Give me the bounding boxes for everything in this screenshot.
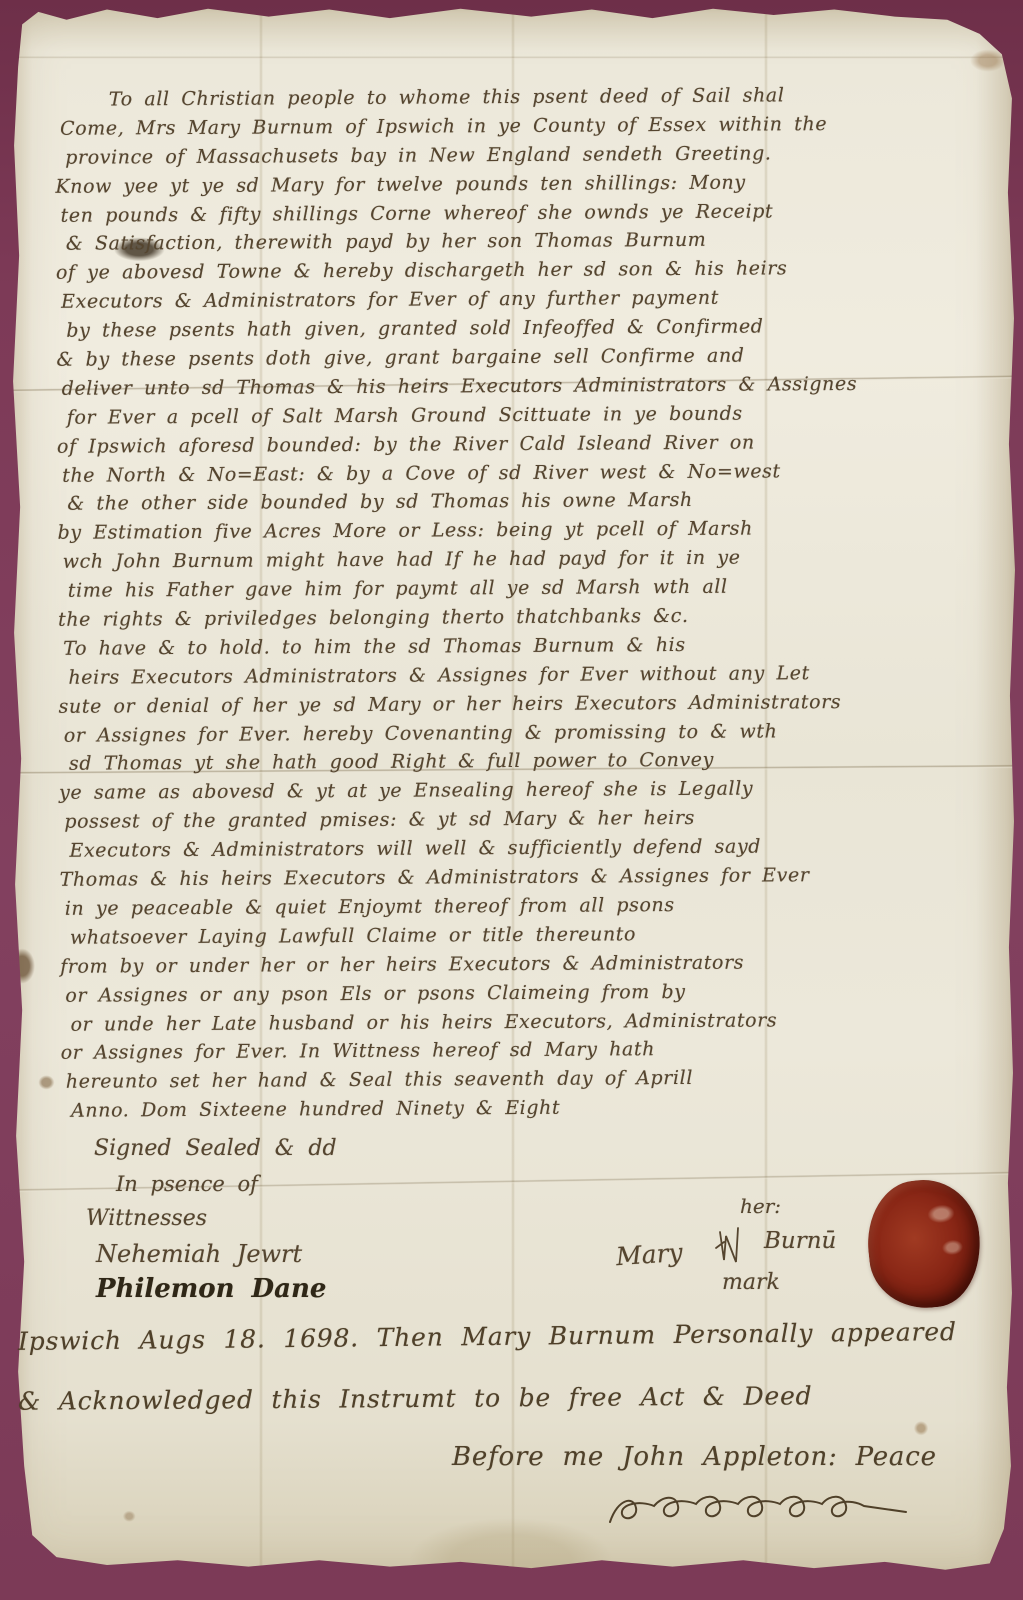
deed-line: Anno. Dom Sixteene hundred Ninety & Eigh… — [71, 1094, 973, 1128]
attestation-in-presence: In psence of — [116, 1172, 258, 1196]
deed-body-text: To all Christian people to whome this ps… — [55, 83, 973, 1129]
witness-signature-philemon-dane: Philemon Dane — [96, 1274, 326, 1304]
acknowledgment-before-me-john-appleton: Before me John Appleton: Peace — [452, 1442, 937, 1472]
attestation-signed-sealed: Signed Sealed & dd — [94, 1136, 337, 1161]
signature-burnum-surname: Burnū — [764, 1228, 836, 1254]
acknowledgment-line-2: & Acknowledged this Instrumt to be free … — [18, 1381, 813, 1416]
attestation-witnesses-heading: Wittnesses — [86, 1206, 207, 1231]
signature-mary-name: Mary — [615, 1238, 683, 1272]
signature-flourish — [606, 1486, 916, 1536]
signature-her-label: her: — [740, 1194, 781, 1218]
horizontal-fold-crease — [6, 56, 1016, 60]
mary-mark-glyph — [714, 1222, 762, 1268]
photograph-of-1698-deed: { "page": { "title": "Handwritten deed o… — [0, 0, 1023, 1600]
signature-mark-label: mark — [722, 1270, 780, 1295]
witness-signature-nehemiah-jewett: Nehemiah Jewrt — [96, 1240, 302, 1268]
